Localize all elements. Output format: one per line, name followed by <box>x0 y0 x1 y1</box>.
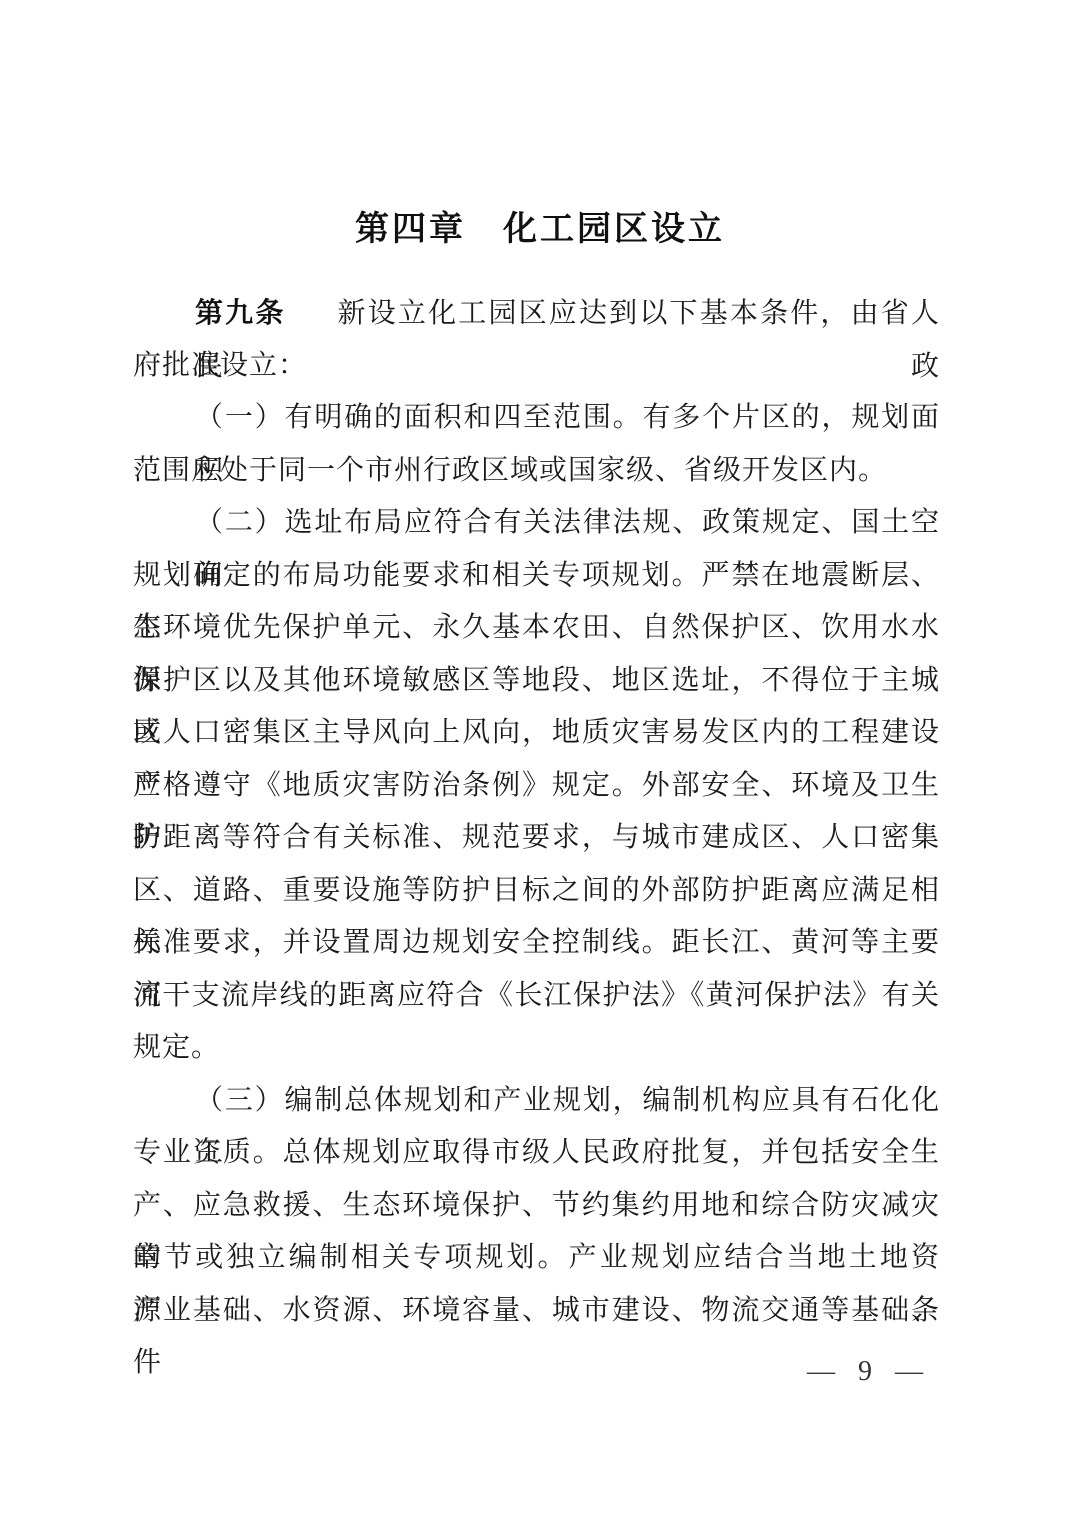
text-line: 章节或独立编制相关专项规划。产业规划应结合当地土地资源、 <box>133 1232 940 1285</box>
text-line: 或人口密集区主导风向上风向，地质灾害易发区内的工程建设应 <box>133 707 940 760</box>
text-line: 标准要求，并设置周边规划安全控制线。距长江、黄河等主要河 <box>133 917 940 970</box>
document-body: 第九条新设立化工园区应达到以下基本条件，由省人民政府批准设立：（一）有明确的面积… <box>133 287 940 1337</box>
text-line: 专业资质。总体规划应取得市级人民政府批复，并包括安全生 <box>133 1127 940 1180</box>
text-line: （三）编制总体规划和产业规划，编制机构应具有石化化工 <box>133 1075 940 1128</box>
text-line: 规划确定的布局功能要求和相关专项规划。严禁在地震断层、生 <box>133 550 940 603</box>
text-line: 范围应处于同一个市州行政区域或国家级、省级开发区内。 <box>133 445 940 498</box>
text-line: 态环境优先保护单元、永久基本农田、自然保护区、饮用水水源 <box>133 602 940 655</box>
text-line: （二）选址布局应符合有关法律法规、政策规定、国土空间 <box>133 497 940 550</box>
article-number: 第九条 <box>195 297 286 328</box>
text-line: 产、应急救援、生态环境保护、节约集约用地和综合防灾减灾的 <box>133 1180 940 1233</box>
text-line: 区、道路、重要设施等防护目标之间的外部防护距离应满足相关 <box>133 865 940 918</box>
text-line: 规定。 <box>133 1022 940 1075</box>
text-line: 保护区以及其他环境敏感区等地段、地区选址，不得位于主城区 <box>133 655 940 708</box>
text-line: 第九条新设立化工园区应达到以下基本条件，由省人民政 <box>133 287 940 340</box>
text-line: 产业基础、水资源、环境容量、城市建设、物流交通等基础条件 <box>133 1285 940 1338</box>
text-line: （一）有明确的面积和四至范围。有多个片区的，规划面积 <box>133 392 940 445</box>
page-number: — 9 — <box>790 1352 940 1392</box>
chapter-title: 第四章 化工园区设立 <box>0 207 1080 251</box>
text-line: 流干支流岸线的距离应符合《长江保护法》《黄河保护法》有关 <box>133 970 940 1023</box>
document-page: 第四章 化工园区设立 第九条新设立化工园区应达到以下基本条件，由省人民政府批准设… <box>0 0 1080 1527</box>
text-line: 严格遵守《地质灾害防治条例》规定。外部安全、环境及卫生防 <box>133 760 940 813</box>
text-line: 护距离等符合有关标准、规范要求，与城市建成区、人口密集 <box>133 812 940 865</box>
